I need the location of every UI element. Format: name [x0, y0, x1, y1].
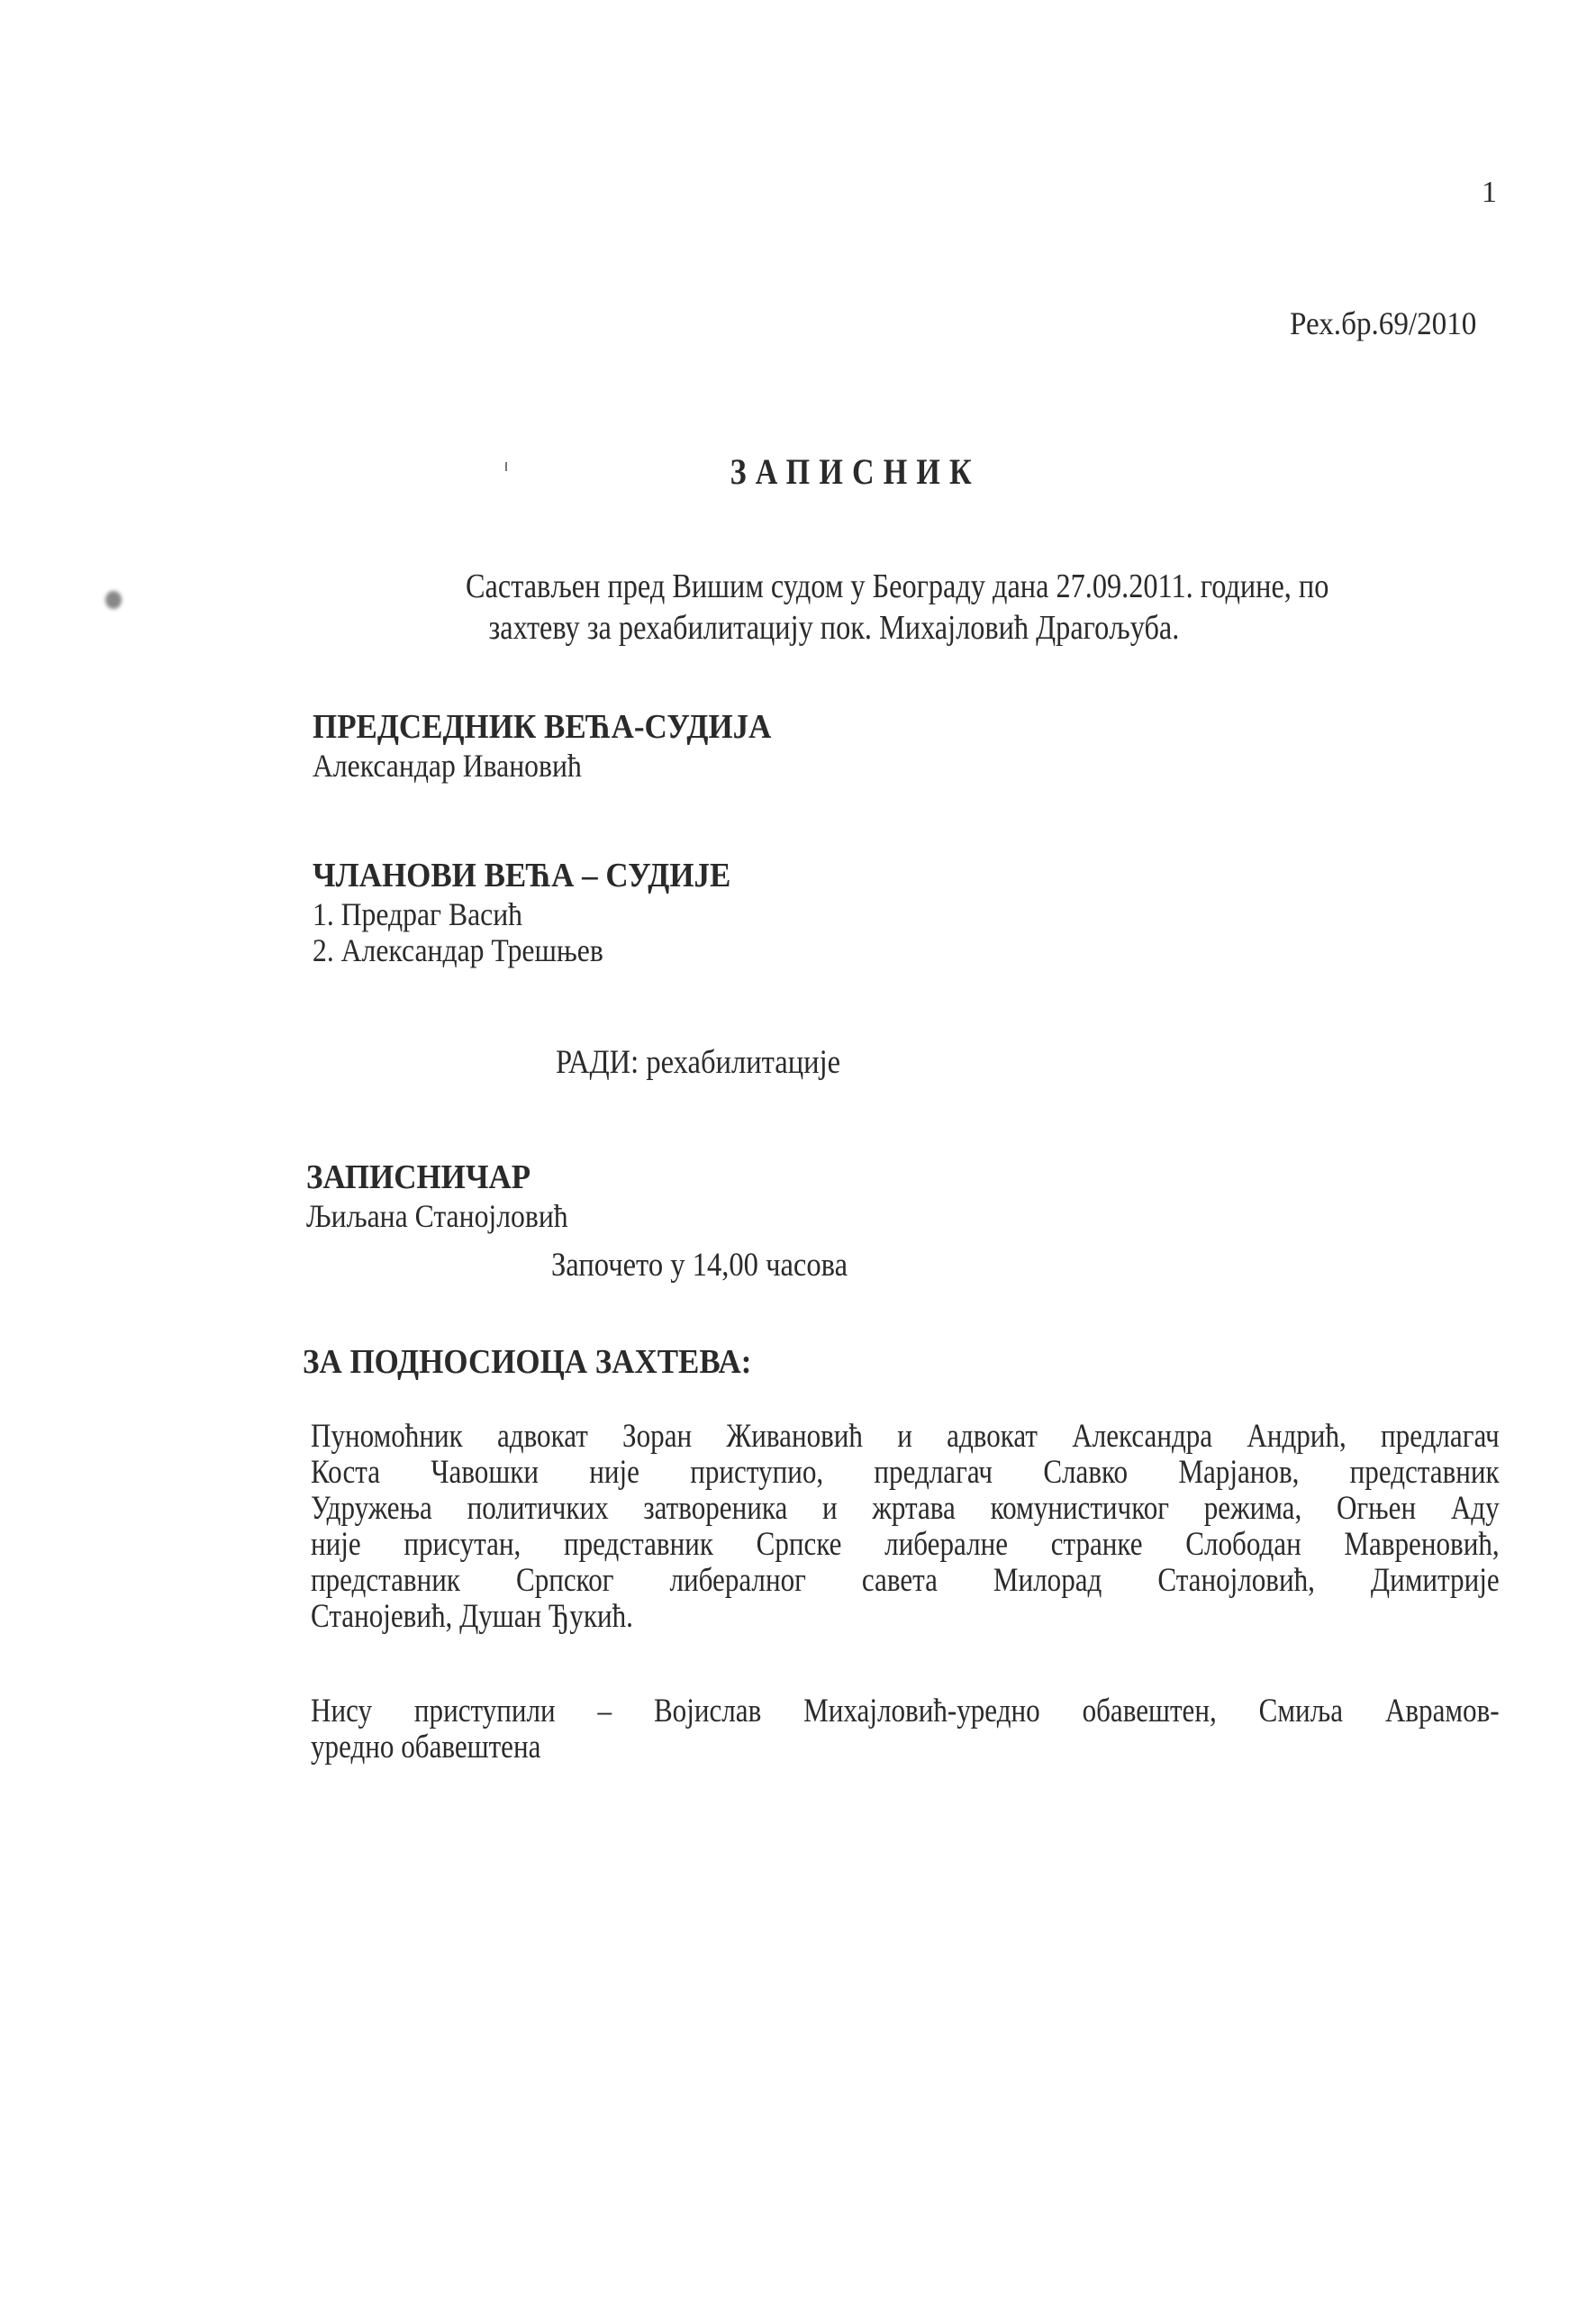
recorder-name: Љиљана Станојловић — [306, 1198, 568, 1234]
presiding-judge-name: Александар Ивановић — [313, 748, 582, 784]
applicant-heading: ЗА ПОДНОСИОЦА ЗАХТЕВА: — [303, 1342, 751, 1382]
paragraph-line: није присутан, представник Српске либера… — [311, 1527, 1500, 1563]
intro-paragraph: Састављен пред Вишим судом у Београду да… — [466, 566, 1328, 649]
paragraph-line: представник Српског либералног савета Ми… — [311, 1563, 1500, 1599]
page-number: 1 — [1482, 176, 1497, 210]
applicant-paragraph-1: Пуномоћник адвокат Зоран Живановић и адв… — [311, 1419, 1500, 1635]
paragraph-line: Станојевић, Душан Ђукић. — [311, 1599, 1500, 1635]
panel-member-2: 2. Александар Трешњев — [313, 932, 603, 968]
intro-line-1: Састављен пред Вишим судом у Београду да… — [466, 566, 1328, 607]
presiding-judge-heading: ПРЕДСЕДНИК ВЕЋА-СУДИЈА — [313, 707, 771, 747]
paragraph-line: Коста Чавошки није приступио, предлагач … — [311, 1455, 1500, 1491]
panel-members-heading: ЧЛАНОВИ ВЕЋА – СУДИЈЕ — [313, 856, 730, 895]
recorder-heading: ЗАПИСНИЧАР — [306, 1158, 530, 1197]
intro-line-2: захтеву за рехабилитацију пок. Михајлови… — [466, 607, 1328, 649]
applicant-paragraph-2: Нису приступили – Војислав Михајловић-ур… — [311, 1693, 1500, 1766]
paragraph-line: Пуномоћник адвокат Зоран Живановић и адв… — [311, 1419, 1500, 1455]
start-time: Започето у 14,00 часова — [551, 1248, 848, 1284]
scan-smudge — [105, 591, 122, 609]
paragraph-line: Удружења политичких затвореника и жртава… — [311, 1491, 1500, 1527]
panel-member-1: 1. Предраг Васић — [313, 896, 522, 932]
subject-line: РАДИ: рехабилитације — [556, 1045, 840, 1081]
paragraph-line: Нису приступили – Војислав Михајловић-ур… — [311, 1693, 1500, 1729]
case-reference: Рех.бр.69/2010 — [1290, 304, 1476, 342]
paragraph-line: уредно обавештена — [311, 1729, 1500, 1766]
document-title: ЗАПИСНИК — [120, 450, 1476, 493]
